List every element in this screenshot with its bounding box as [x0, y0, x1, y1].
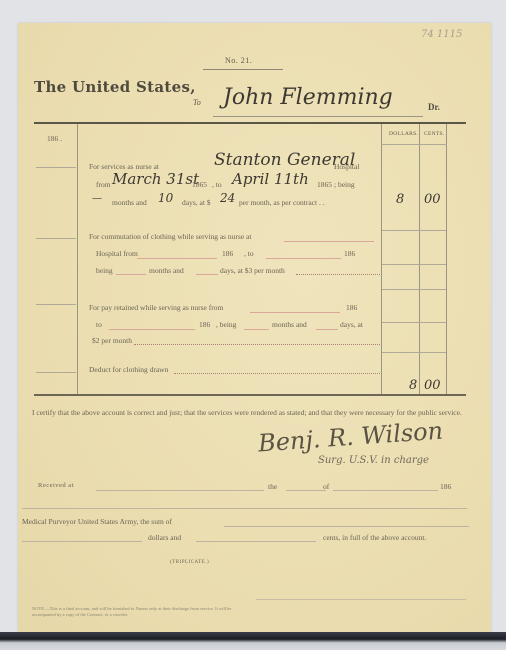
to-label: To: [193, 98, 201, 107]
row-divider: [382, 322, 446, 323]
from-label: from: [96, 180, 111, 189]
row-divider: [36, 238, 76, 239]
header-rule: [381, 144, 447, 145]
copy-label: (TRIPLICATE.): [170, 560, 209, 565]
clothing-months-blank: [116, 274, 146, 275]
dollars-header: DOLLARS.: [389, 131, 418, 137]
days-value: 10: [158, 191, 173, 205]
received-place-blank: [96, 490, 264, 491]
dollars-column-left-rule: [381, 124, 382, 394]
clothing-days-blank: [196, 274, 218, 275]
received-the-label: the: [268, 482, 277, 491]
hospital-label: Hospital: [334, 162, 359, 171]
row-divider: [382, 289, 446, 290]
clothing-days-rate: days, at $3 per month: [220, 266, 285, 275]
leader-dots: [134, 344, 380, 346]
clothing-line1: For commutation of clothing while servin…: [89, 232, 251, 241]
footnote: NOTE.—This is a final account, and will …: [32, 606, 252, 618]
services-cents: 00: [424, 192, 441, 207]
signature-title: Surg. U.S.V. in charge: [318, 455, 429, 466]
signature: Benj. R. Wilson: [257, 417, 444, 458]
payee-line: [213, 116, 423, 117]
pencil-catalog-number: 74 1115: [421, 29, 462, 40]
dollars-and-label: dollars and: [148, 533, 181, 542]
retained-year2: 186: [199, 320, 210, 329]
retained-being-label: , being: [216, 320, 236, 329]
pay-voucher-document: 74 1115 No. 21. The United States, To Jo…: [18, 23, 491, 635]
row-divider: [382, 264, 446, 265]
total-cents: 00: [424, 378, 441, 393]
services-dollars: 8: [396, 192, 404, 207]
divider: [203, 69, 283, 70]
purveyor-line: Medical Purveyor United States Army, the…: [22, 517, 172, 526]
received-label: Received at: [38, 482, 74, 489]
clothing-being-label: being: [96, 266, 113, 275]
table-bottom-rule: [34, 394, 466, 396]
retained-rate: $2 per month: [92, 336, 132, 345]
received-month-blank: [333, 490, 438, 491]
retained-to-label: to: [96, 320, 102, 329]
rate-suffix: per month, as per contract . .: [239, 198, 325, 207]
payee-name: John Flemming: [223, 85, 393, 110]
frame-edge: [0, 632, 506, 650]
retained-months-label: months and: [272, 320, 307, 329]
retained-line1: For pay retained while serving as nurse …: [89, 303, 223, 312]
clothing-hospital-blank: [284, 241, 374, 242]
cents-column-right-rule: [446, 124, 447, 394]
received-of-label: of: [323, 482, 329, 491]
row-divider: [382, 352, 446, 353]
date-prefix: 186 .: [47, 134, 62, 143]
received-year: 186: [440, 482, 451, 491]
to-date: April 11th: [232, 170, 309, 188]
retained-months-blank: [244, 329, 269, 330]
cents-column-left-rule: [419, 124, 420, 394]
row-divider: [36, 372, 76, 373]
row-divider: [36, 304, 76, 305]
rate-value: 24: [220, 191, 235, 205]
document-title: The United States,: [34, 78, 196, 96]
being-label: ; being: [334, 180, 355, 189]
to-label: , to: [212, 180, 222, 189]
date-column-rule: [77, 124, 78, 394]
clothing-to-label: , to: [244, 249, 254, 258]
clothing-from-blank: [137, 258, 217, 259]
dollars-blank: [22, 541, 142, 542]
debtor-label: Dr.: [428, 102, 440, 112]
cents-full-label: cents, in full of the above account.: [323, 533, 426, 542]
received-day-blank: [286, 490, 326, 491]
from-year: 1865: [192, 180, 207, 189]
days-label: days, at $: [182, 198, 211, 207]
table-top-rule: [34, 122, 466, 124]
to-year: 1865: [317, 180, 332, 189]
divider: [22, 508, 467, 509]
months-label: months and: [112, 198, 147, 207]
leader-dots: [296, 274, 380, 276]
leader-dots: [174, 373, 380, 375]
cents-header: CENTS.: [424, 131, 445, 137]
from-date: March 31st: [112, 170, 199, 188]
months-value: —: [92, 193, 102, 204]
retained-year1: 186: [346, 303, 357, 312]
retained-to-blank: [109, 329, 195, 330]
cents-blank: [196, 541, 316, 542]
retained-from-blank: [250, 312, 340, 313]
sum-blank: [224, 526, 469, 527]
retained-days-label: days, at: [340, 320, 363, 329]
clothing-months-label: months and: [149, 266, 184, 275]
row-divider: [382, 230, 446, 231]
account-table: 186 . DOLLARS. CENTS. For services as nu…: [34, 122, 466, 394]
total-dollars: 8: [409, 378, 417, 393]
deduct-label: Deduct for clothing drawn: [89, 365, 168, 374]
clothing-hospital-from: Hospital from: [96, 249, 138, 258]
clothing-year2: 186: [344, 249, 355, 258]
retained-days-blank: [316, 329, 338, 330]
clothing-year1: 186: [222, 249, 233, 258]
row-divider: [36, 167, 76, 168]
signature-blank: [256, 599, 466, 600]
clothing-to-blank: [266, 258, 341, 259]
form-number: No. 21.: [225, 56, 252, 65]
